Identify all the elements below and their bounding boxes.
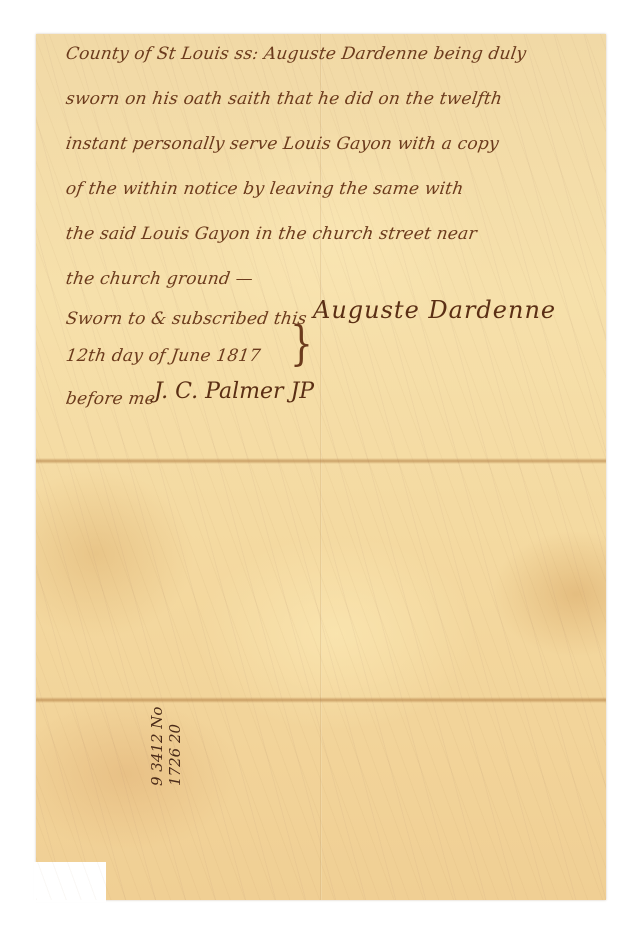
horizontal-fold-crease-lower xyxy=(36,697,606,703)
text-line-6: the church ground — xyxy=(65,269,255,289)
jurat-line-2: 12th day of June 1817 xyxy=(65,346,262,366)
text-line-4: of the within notice by leaving the same… xyxy=(65,179,465,199)
text-line-1: County of St Louis ss: Auguste Dardenne … xyxy=(65,44,528,64)
docket-line-1: 9 3412 No xyxy=(148,707,166,786)
horizontal-fold-crease-upper xyxy=(36,458,606,464)
torn-corner xyxy=(34,862,106,902)
docket-line-2: 1726 20 xyxy=(166,707,184,786)
brace-mark: } xyxy=(290,318,313,371)
vertical-fold-crease xyxy=(320,34,322,900)
affiant-signature: Auguste Dardenne xyxy=(313,296,556,324)
text-line-3: instant personally serve Louis Gayon wit… xyxy=(65,134,501,154)
justice-signature: J. C. Palmer JP xyxy=(154,379,314,404)
jurat-line-3: before me xyxy=(65,389,157,409)
text-line-2: sworn on his oath saith that he did on t… xyxy=(65,89,504,109)
text-line-5: the said Louis Gayon in the church stree… xyxy=(65,224,479,244)
docket-notation: 9 3412 No 1726 20 xyxy=(148,707,184,786)
document-paper: County of St Louis ss: Auguste Dardenne … xyxy=(36,34,606,900)
jurat-line-1: Sworn to & subscribed this xyxy=(65,309,308,329)
